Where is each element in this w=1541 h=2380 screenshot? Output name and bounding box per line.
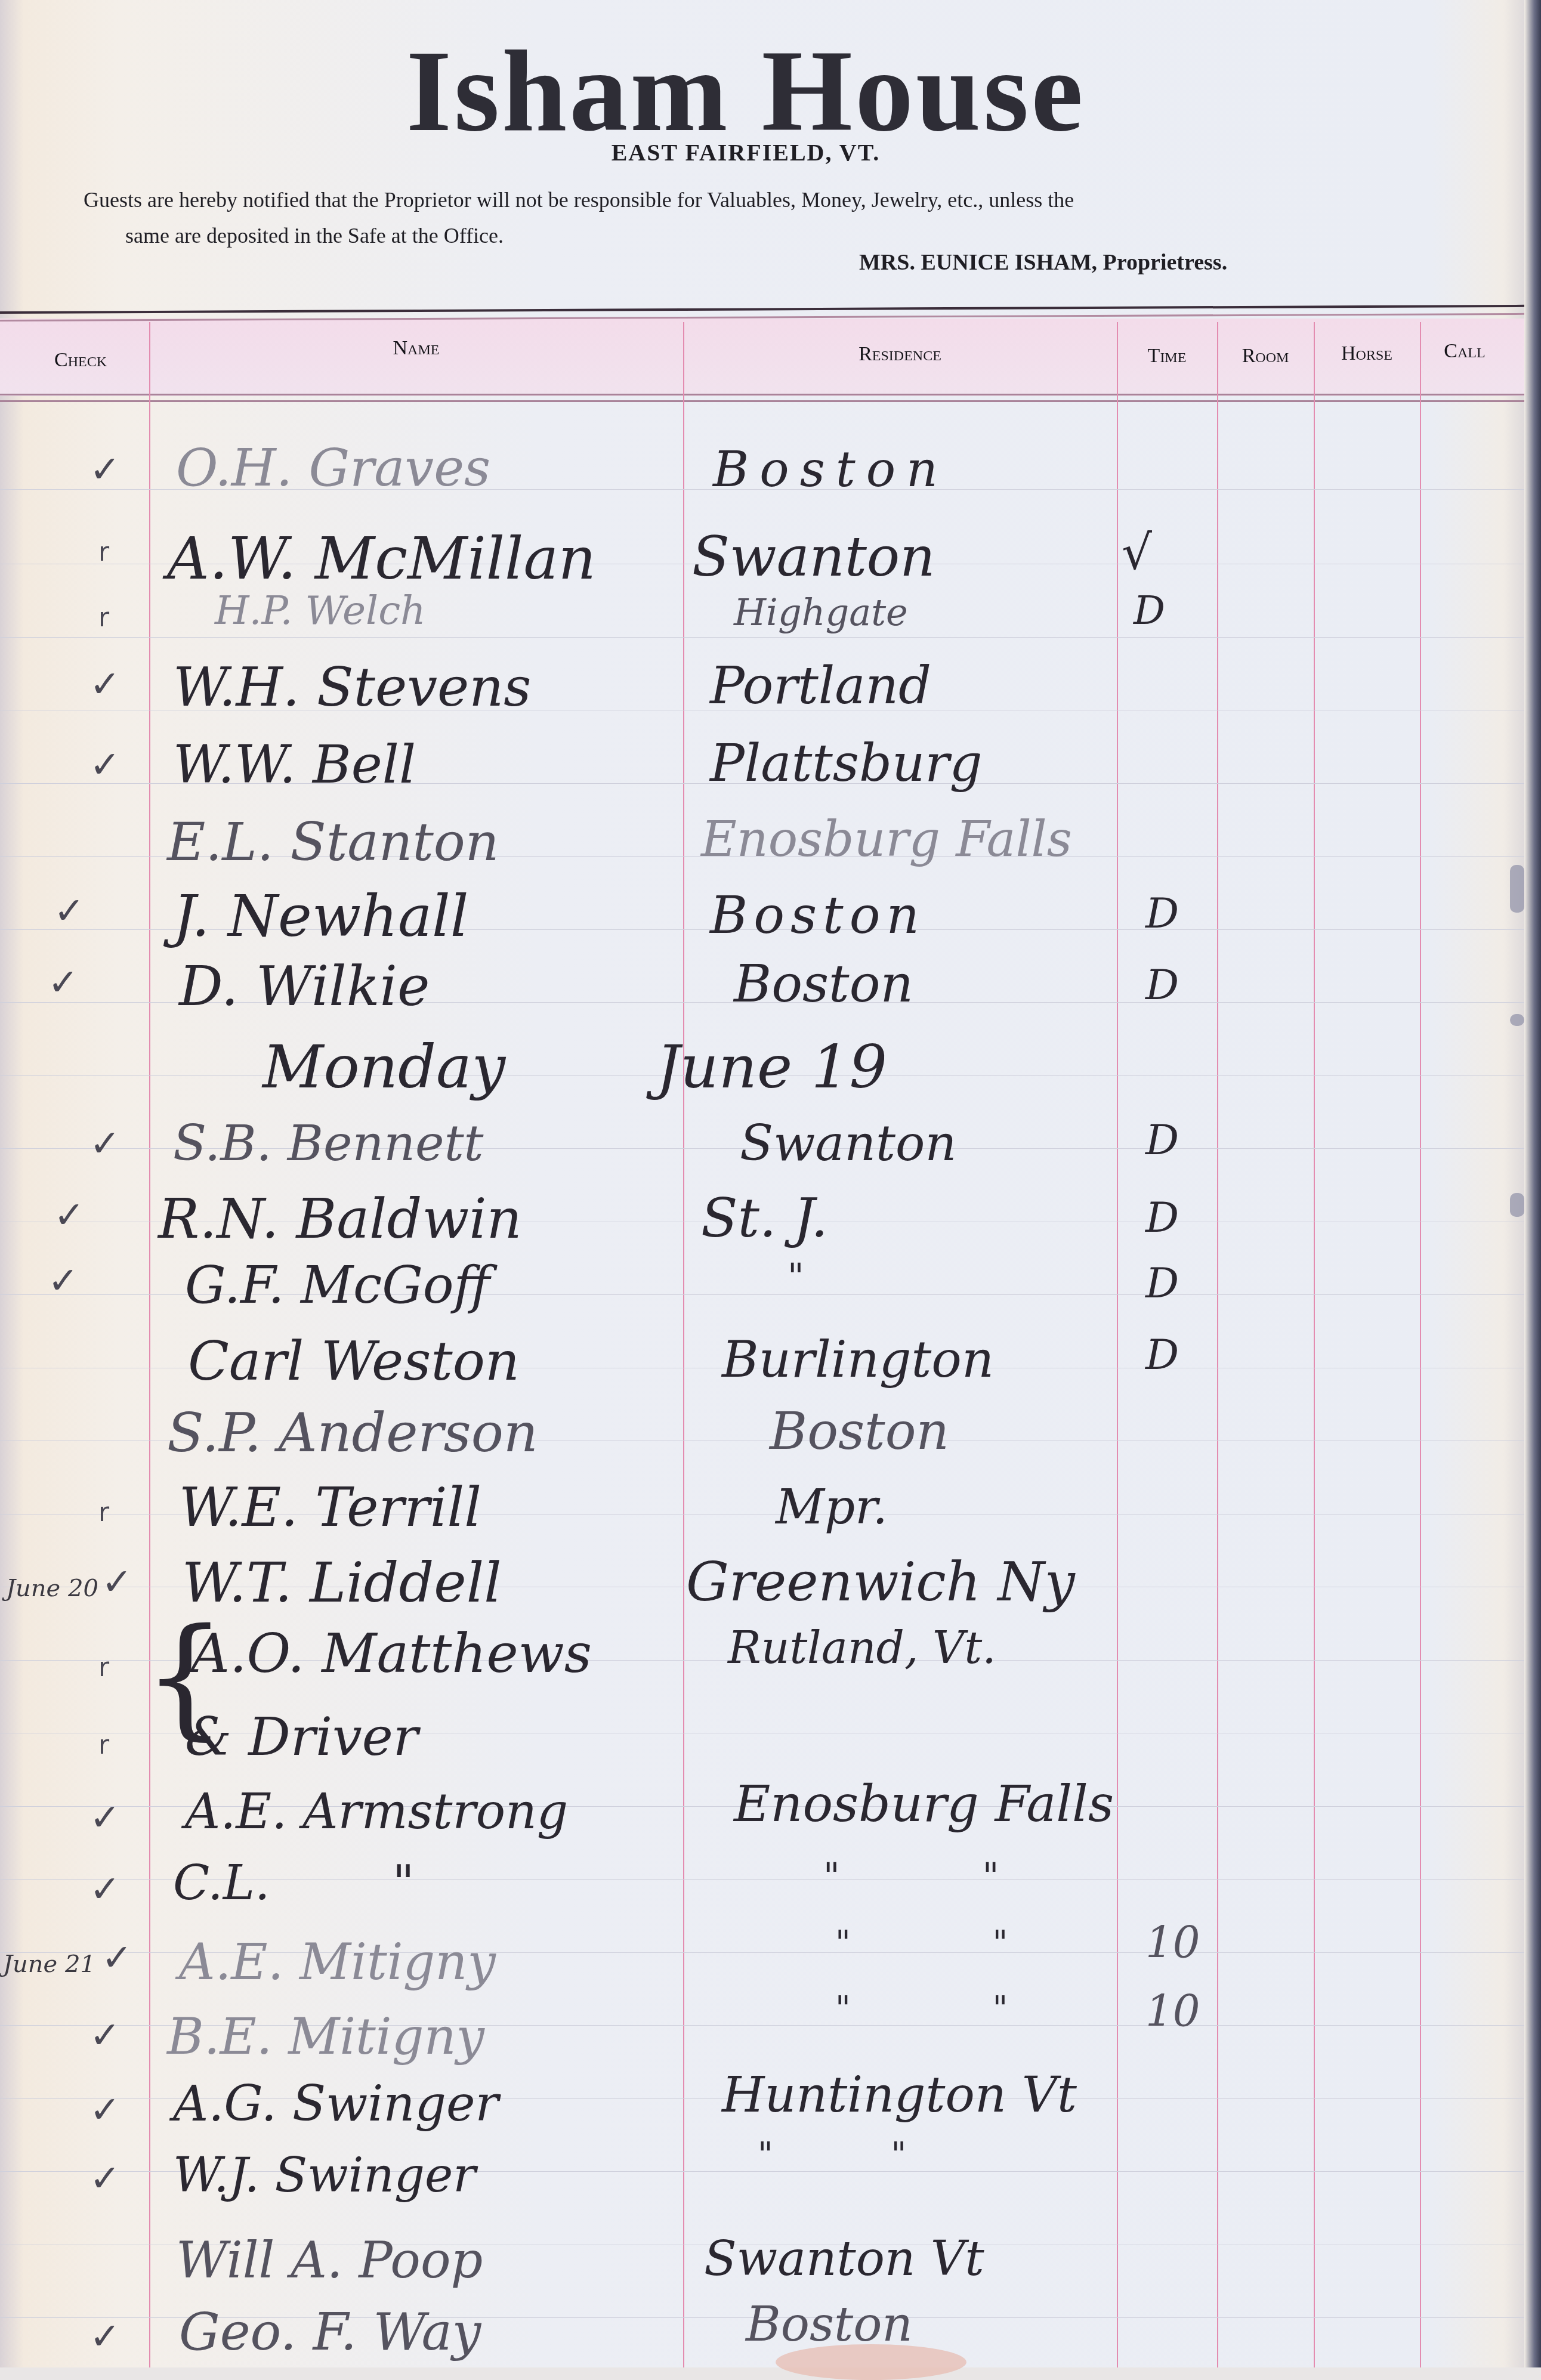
column-rule (1217, 322, 1218, 2367)
proprietress-name: MRS. EUNICE ISHAM, Proprietress. (859, 249, 1227, 276)
guest-residence: Burlington (722, 1330, 994, 1389)
date-margin-note: June 21 (3, 1951, 95, 1978)
valuables-notice: Guests are hereby notified that the Prop… (84, 182, 1432, 254)
column-header-room: Room (1217, 345, 1314, 367)
check-mark: ✓ (89, 1121, 121, 1165)
guest-residence: Huntington Vt (722, 2067, 1077, 2124)
guest-name: A.E. Armstrong (185, 1784, 568, 1840)
guest-name: G.F. McGoff (185, 1256, 490, 1315)
check-mark: r (98, 1652, 109, 1683)
guest-residence: " " (835, 1989, 1008, 2028)
time-mark: 10 (1145, 1918, 1200, 1968)
check-mark: ✓ (89, 2156, 121, 2200)
guest-name: B.E. Mitigny (167, 2007, 484, 2066)
guest-name: E.L. Stanton (167, 811, 499, 873)
guest-name: O.H. Graves (176, 438, 490, 498)
guest-name: W.E. Terrill (179, 1476, 481, 1539)
column-header-horse: Horse (1314, 342, 1420, 365)
guest-name: Carl Weston (188, 1330, 520, 1393)
column-rule (149, 322, 150, 2367)
guest-residence: Boston (734, 954, 913, 1014)
time-mark: √ (1122, 525, 1152, 580)
column-header-call: Call (1420, 340, 1509, 363)
guest-name: R.N. Baldwin (158, 1187, 522, 1251)
guest-residence: Boston (770, 1402, 949, 1461)
guest-name: H.P. Welch (215, 588, 426, 633)
guest-name: A.W. McMillan (167, 525, 596, 593)
time-mark: D (1145, 960, 1179, 1009)
date-label: June 19 (656, 1032, 887, 1102)
check-mark: ✓ (89, 743, 121, 786)
check-mark: r (98, 537, 109, 567)
guest-name: S.P. Anderson (167, 1402, 538, 1464)
check-mark: ✓ (101, 1560, 132, 1603)
guest-name: & Driver (185, 1706, 418, 1767)
column-header-check: Check (12, 349, 149, 372)
guest-residence: Boston (713, 441, 949, 498)
date-margin-note: June 20 (6, 1575, 98, 1602)
column-rule (683, 322, 684, 2367)
guest-residence: Highgate (734, 591, 908, 634)
guest-residence: Swanton (740, 1115, 956, 1172)
page-edge-tab (1510, 865, 1524, 913)
check-mark: ✓ (89, 447, 121, 491)
column-header-time: Time (1117, 345, 1217, 367)
guest-name: A.G. Swinger (173, 2076, 499, 2132)
notice-line-2: same are deposited in the Safe at the Of… (84, 218, 1432, 254)
guest-residence: Portland (710, 656, 931, 716)
guest-name: S.B. Bennett (173, 1115, 484, 1172)
guest-residence: Boston (746, 2296, 913, 2352)
column-rule (1117, 322, 1118, 2367)
time-mark: D (1145, 1115, 1179, 1164)
guest-name: A.E. Mitigny (179, 1933, 496, 1991)
page-edge-tab (1510, 1014, 1524, 1026)
notice-line-1: Guests are hereby notified that the Prop… (84, 188, 1074, 212)
column-rule (1314, 322, 1315, 2367)
guest-residence: Enosburg Falls (701, 811, 1072, 868)
column-header-name: Name (149, 337, 683, 360)
ledger-page: Isham House EAST FAIRFIELD, VT. Guests a… (0, 0, 1541, 2367)
time-mark: D (1145, 1330, 1179, 1379)
guest-residence: Mpr. (776, 1479, 888, 1535)
guest-residence: Swanton (692, 525, 935, 589)
guest-residence: Plattsburg (710, 734, 983, 793)
guest-name: D. Wilkie (179, 954, 430, 1018)
book-spine (1524, 0, 1541, 2367)
hotel-location: EAST FAIRFIELD, VT. (0, 138, 1491, 166)
time-mark: D (1134, 588, 1165, 633)
check-mark: ✓ (89, 2314, 121, 2358)
guest-residence: Greenwich Ny (686, 1551, 1075, 1614)
guest-residence: St. J. (701, 1187, 828, 1250)
check-mark: ✓ (89, 1795, 121, 1839)
guest-name: W.J. Swinger (173, 2147, 476, 2203)
guest-residence: Rutland, Vt. (728, 1622, 996, 1674)
check-mark: ✓ (54, 1193, 85, 1237)
guest-name: W.H. Stevens (173, 656, 531, 719)
check-mark: ✓ (89, 2088, 121, 2131)
header-bottom-rule (0, 394, 1524, 402)
time-mark: D (1145, 1193, 1179, 1242)
check-mark: ✓ (48, 960, 79, 1004)
guest-residence: " (788, 1256, 804, 1297)
check-mark: r (98, 1730, 109, 1760)
guest-name: J. Newhall (173, 883, 469, 950)
weekday-label: Monday (263, 1032, 505, 1102)
check-mark: ✓ (89, 662, 121, 706)
guest-residence: Swanton Vt (704, 2231, 984, 2286)
check-mark: ✓ (89, 1867, 121, 1911)
guest-residence: " " (758, 2135, 906, 2174)
check-mark: ✓ (89, 2013, 121, 2057)
check-mark: ✓ (48, 1259, 79, 1302)
column-rule (1420, 322, 1421, 2367)
guest-residence: Boston (710, 886, 925, 945)
column-header-residence: Residence (683, 343, 1117, 366)
guest-name: W.T. Liddell (182, 1551, 502, 1615)
time-mark: D (1145, 889, 1179, 938)
guest-residence: Enosburg Falls (734, 1775, 1114, 1833)
guest-residence: " " (823, 1855, 999, 1897)
guest-name: A.O. Matthews (191, 1622, 592, 1685)
time-mark: 10 (1145, 1986, 1200, 2036)
row-line (0, 637, 1524, 638)
guest-name: C.L. " (173, 1855, 415, 1911)
guest-residence: " " (835, 1924, 1008, 1962)
guest-name: Will A. Poop (176, 2231, 483, 2289)
check-mark: r (98, 1497, 109, 1528)
page-edge-tab (1510, 1193, 1524, 1217)
guest-name: W.W. Bell (173, 734, 416, 795)
check-mark: ✓ (101, 1936, 132, 1979)
check-mark: r (98, 602, 109, 633)
check-mark: ✓ (54, 889, 85, 932)
time-mark: D (1145, 1259, 1179, 1308)
guest-name: Geo. F. Way (179, 2302, 481, 2362)
